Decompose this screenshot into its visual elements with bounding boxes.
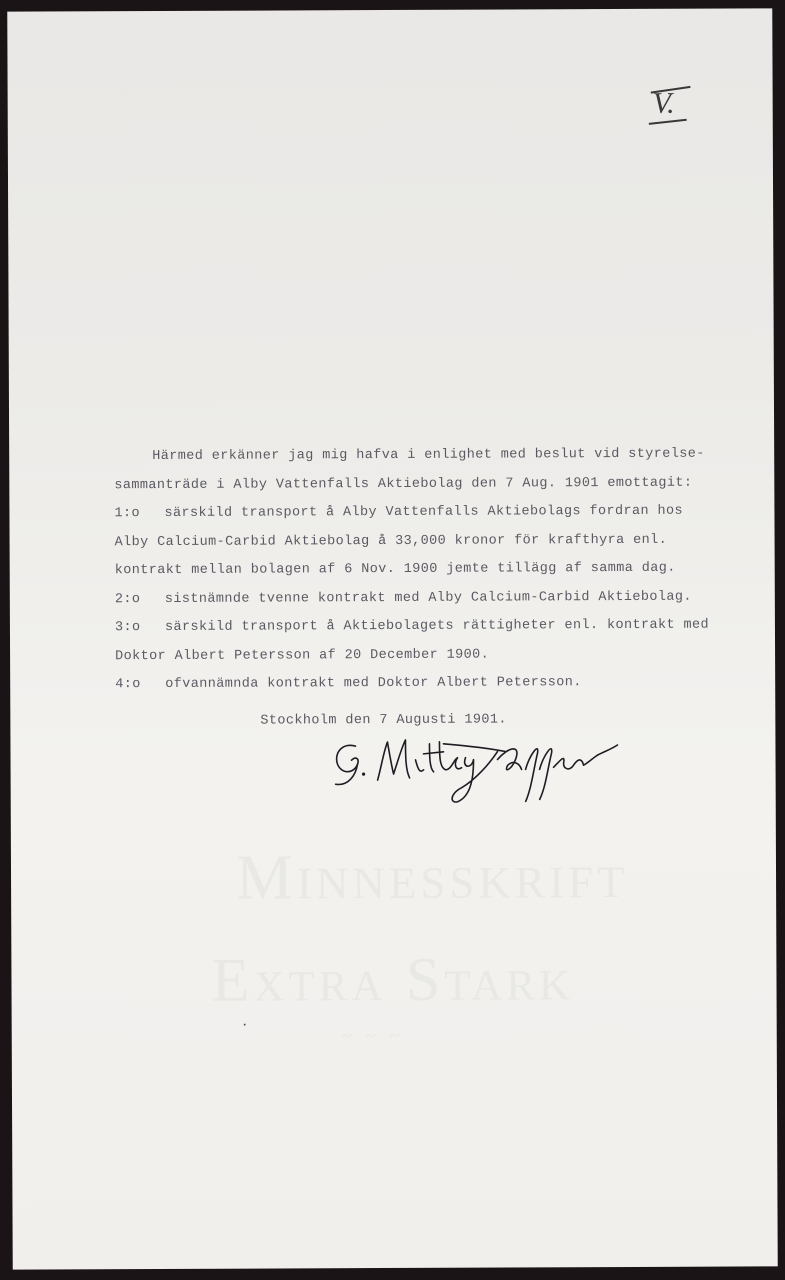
list-item: 1:osärskild transport å Alby Vattenfalls…: [114, 498, 734, 529]
document-page: Minnesskrift Extra Stark ~ ~ ~ V. Härmed…: [7, 8, 777, 1269]
bleed-through-text: Extra Stark: [211, 944, 574, 1017]
item-text: ofvannämnda kontrakt med Doktor Albert P…: [165, 675, 582, 692]
item-continuation: Alby Calcium-Carbid Aktiebolag å 33,000 …: [115, 526, 735, 557]
page-number-mark: V.: [653, 87, 675, 121]
letter-body: Härmed erkänner jag mig hafva i enlighet…: [114, 441, 735, 700]
list-item: 4:oofvannämnda kontrakt med Doktor Alber…: [115, 669, 735, 700]
handwritten-signature: G. Mittag-Leffler: [325, 729, 625, 810]
opening-line: Härmed erkänner jag mig hafva i enlighet…: [114, 441, 734, 472]
item-text: särskild transport å Aktiebolagets rätti…: [165, 618, 709, 635]
item-number: 2:o: [115, 585, 165, 614]
opening-line: sammanträde i Alby Vattenfalls Aktiebola…: [114, 469, 734, 500]
item-text: sistnämnde tvenne kontrakt med Alby Calc…: [165, 589, 692, 606]
item-number: 4:o: [115, 671, 165, 700]
place-date-line: Stockholm den 7 Augusti 1901.: [260, 713, 507, 729]
list-item: 2:osistnämnde tvenne kontrakt med Alby C…: [115, 583, 735, 614]
bleed-through-text: ~ ~ ~: [342, 1025, 405, 1048]
item-number: 3:o: [115, 614, 165, 643]
item-text: särskild transport å Alby Vattenfalls Ak…: [164, 504, 683, 521]
bleed-through-text: Minnesskrift: [236, 839, 629, 915]
paper-speck: [244, 1024, 246, 1026]
item-continuation: Doktor Albert Petersson af 20 December 1…: [115, 640, 735, 671]
item-continuation: kontrakt mellan bolagen af 6 Nov. 1900 j…: [115, 555, 735, 586]
item-number: 1:o: [114, 500, 164, 529]
list-item: 3:osärskild transport å Aktiebolagets rä…: [115, 612, 735, 643]
